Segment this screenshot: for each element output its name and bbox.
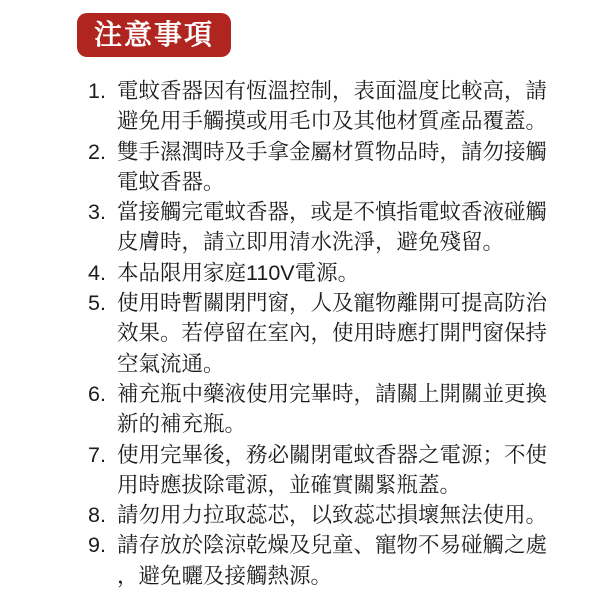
list-item: 8. 請勿用力拉取蕊芯，以致蕊芯損壞無法使用。: [88, 500, 560, 530]
list-item-text: 使用完畢後，務必關閉電蚊香器之電源；不使用時應拔除電源，並確實關緊瓶蓋。: [117, 440, 547, 501]
notice-page: 注意事項 1. 電蚊香器因有恆溫控制，表面溫度比較高，請避免用手觸摸或用毛巾及其…: [0, 0, 600, 600]
list-item: 7. 使用完畢後，務必關閉電蚊香器之電源；不使用時應拔除電源，並確實關緊瓶蓋。: [88, 440, 560, 501]
list-item-number: 5.: [88, 288, 117, 318]
list-item: 3. 當接觸完電蚊香器，或是不慎指電蚊香液碰觸皮膚時，請立即用清水洗淨，避免殘留…: [88, 197, 560, 258]
list-item-text: 當接觸完電蚊香器，或是不慎指電蚊香液碰觸皮膚時，請立即用清水洗淨，避免殘留。: [117, 197, 547, 258]
list-item-number: 1.: [88, 76, 117, 106]
list-item: 2. 雙手濕潤時及手拿金屬材質物品時，請勿接觸電蚊香器。: [88, 137, 560, 198]
list-item-number: 3.: [88, 197, 117, 227]
list-item-text: 補充瓶中藥液使用完畢時，請關上開關並更換新的補充瓶。: [117, 379, 547, 440]
list-item-number: 6.: [88, 379, 117, 409]
list-item: 6. 補充瓶中藥液使用完畢時，請關上開關並更換新的補充瓶。: [88, 379, 560, 440]
list-item-text: 請勿用力拉取蕊芯，以致蕊芯損壞無法使用。: [117, 500, 547, 530]
precautions-list: 1. 電蚊香器因有恆溫控制，表面溫度比較高，請避免用手觸摸或用毛巾及其他材質產品…: [88, 76, 560, 591]
list-item-number: 2.: [88, 137, 117, 167]
list-item: 9. 請存放於陰涼乾燥及兒童、寵物不易碰觸之處，避免曬及接觸熱源。: [88, 530, 560, 591]
list-item-text: 使用時暫關閉門窗，人及寵物離開可提高防治效果。若停留在室內，使用時應打開門窗保持…: [117, 288, 547, 379]
list-item-number: 8.: [88, 500, 117, 530]
list-item: 1. 電蚊香器因有恆溫控制，表面溫度比較高，請避免用手觸摸或用毛巾及其他材質產品…: [88, 76, 560, 137]
list-item-text: 請存放於陰涼乾燥及兒童、寵物不易碰觸之處，避免曬及接觸熱源。: [117, 530, 547, 591]
notice-title-badge: 注意事項: [77, 13, 231, 57]
list-item-text: 雙手濕潤時及手拿金屬材質物品時，請勿接觸電蚊香器。: [117, 137, 547, 198]
list-item: 5. 使用時暫關閉門窗，人及寵物離開可提高防治效果。若停留在室內，使用時應打開門…: [88, 288, 560, 379]
list-item-number: 7.: [88, 440, 117, 470]
list-item-text: 本品限用家庭110V電源。: [117, 258, 547, 288]
list-item: 4. 本品限用家庭110V電源。: [88, 258, 560, 288]
list-item-number: 4.: [88, 258, 117, 288]
list-item-number: 9.: [88, 530, 117, 560]
list-item-text: 電蚊香器因有恆溫控制，表面溫度比較高，請避免用手觸摸或用毛巾及其他材質產品覆蓋。: [117, 76, 547, 137]
